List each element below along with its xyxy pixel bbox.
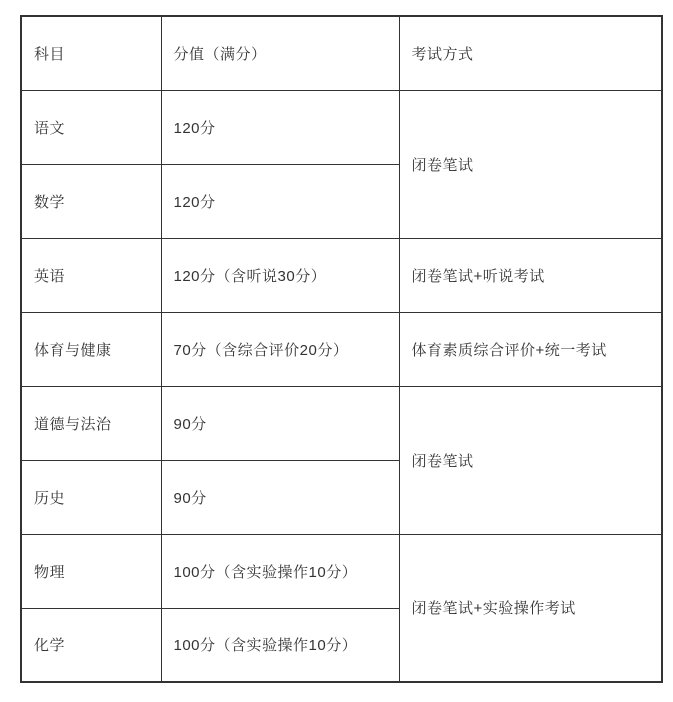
cell-subject: 物理 [21, 534, 161, 608]
header-method: 考试方式 [399, 16, 662, 90]
cell-score: 100分（含实验操作10分） [161, 534, 399, 608]
cell-method: 体育素质综合评价+统一考试 [399, 312, 662, 386]
cell-score: 120分 [161, 90, 399, 164]
table-header-row: 科目 分值（满分） 考试方式 [21, 16, 662, 90]
cell-subject: 体育与健康 [21, 312, 161, 386]
cell-subject: 数学 [21, 164, 161, 238]
header-subject: 科目 [21, 16, 161, 90]
table-row: 语文 120分 闭卷笔试 [21, 90, 662, 164]
cell-score: 90分 [161, 460, 399, 534]
cell-score: 120分（含听说30分） [161, 238, 399, 312]
exam-subjects-table: 科目 分值（满分） 考试方式 语文 120分 闭卷笔试 数学 120分 英语 1… [20, 15, 663, 683]
table-row: 物理 100分（含实验操作10分） 闭卷笔试+实验操作考试 [21, 534, 662, 608]
cell-score: 120分 [161, 164, 399, 238]
cell-subject: 语文 [21, 90, 161, 164]
table-row: 道德与法治 90分 闭卷笔试 [21, 386, 662, 460]
table-row: 英语 120分（含听说30分） 闭卷笔试+听说考试 [21, 238, 662, 312]
table-row: 体育与健康 70分（含综合评价20分） 体育素质综合评价+统一考试 [21, 312, 662, 386]
cell-subject: 历史 [21, 460, 161, 534]
cell-method: 闭卷笔试+实验操作考试 [399, 534, 662, 682]
cell-subject: 英语 [21, 238, 161, 312]
cell-score: 100分（含实验操作10分） [161, 608, 399, 682]
cell-subject: 化学 [21, 608, 161, 682]
cell-method: 闭卷笔试 [399, 386, 662, 534]
header-score: 分值（满分） [161, 16, 399, 90]
cell-subject: 道德与法治 [21, 386, 161, 460]
cell-method: 闭卷笔试+听说考试 [399, 238, 662, 312]
cell-method: 闭卷笔试 [399, 90, 662, 238]
cell-score: 70分（含综合评价20分） [161, 312, 399, 386]
cell-score: 90分 [161, 386, 399, 460]
